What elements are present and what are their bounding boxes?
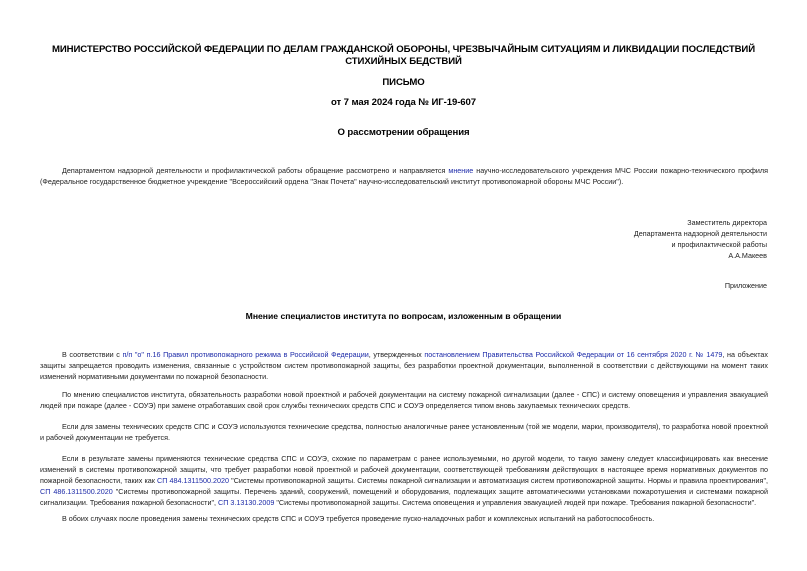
paragraph-4: Если в результате замены применяются тех… <box>40 453 768 508</box>
p1-text-2: , утвержденных <box>369 350 425 359</box>
sp-3-link[interactable]: СП 3.13130.2009 <box>218 498 274 507</box>
government-decree-link[interactable]: постановлением Правительства Российской … <box>424 350 722 359</box>
signature-name: А.А.Макеев <box>634 250 767 261</box>
signature-position: Заместитель директора <box>634 217 767 228</box>
p4-text-2: "Системы противопожарной защиты. Системы… <box>229 476 768 485</box>
ministry-title: МИНИСТЕРСТВО РОССИЙСКОЙ ФЕДЕРАЦИИ ПО ДЕЛ… <box>30 44 777 68</box>
intro-text: Департаментом надзорной деятельности и п… <box>62 166 448 175</box>
appendix-title: Мнение специалистов института по вопроса… <box>0 311 807 321</box>
fire-regime-rules-link[interactable]: п/п "о" п.16 Правил противопожарного реж… <box>122 350 368 359</box>
paragraph-5: В обоих случаях после проведения замены … <box>40 513 768 524</box>
document-date-number: от 7 мая 2024 года № ИГ-19-607 <box>30 97 777 109</box>
signature-block: Заместитель директора Департамента надзо… <box>634 217 767 261</box>
appendix-label: Приложение <box>725 280 767 291</box>
intro-paragraph: Департаментом надзорной деятельности и п… <box>40 165 768 187</box>
paragraph-3: Если для замены технических средств СПС … <box>40 421 768 443</box>
document-subject: О рассмотрении обращения <box>30 127 777 139</box>
p4-text-4: "Системы противопожарной защиты. Система… <box>274 498 756 507</box>
sp-484-link[interactable]: СП 484.1311500.2020 <box>157 476 229 485</box>
opinion-link[interactable]: мнение <box>448 166 473 175</box>
sp-486-link[interactable]: СП 486.1311500.2020 <box>40 487 113 496</box>
p1-text: В соответствии с <box>62 350 122 359</box>
signature-department: Департамента надзорной деятельности <box>634 228 767 239</box>
document-type: ПИСЬМО <box>30 77 777 89</box>
signature-department-cont: и профилактической работы <box>634 239 767 250</box>
paragraph-2: По мнению специалистов института, обязат… <box>40 389 768 411</box>
paragraph-1: В соответствии с п/п "о" п.16 Правил про… <box>40 349 768 382</box>
